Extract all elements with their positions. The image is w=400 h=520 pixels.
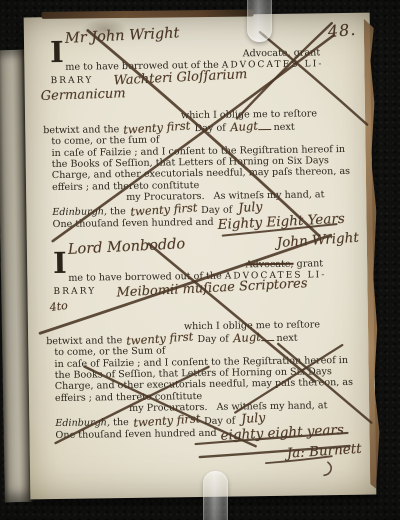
borrowing-form-1: I Mr John Wright Advocate, grant me to h… <box>50 33 323 251</box>
blank-rule <box>261 333 274 341</box>
advocate-word: Advocate, <box>243 48 291 60</box>
printed-text: betwixt and the <box>46 335 122 347</box>
signing-month-handwritten: July <box>238 200 263 213</box>
blank-rule <box>258 122 271 130</box>
due-day-handwritten: twenty first <box>123 120 191 136</box>
binding-edge <box>42 10 254 19</box>
printed-text: As witneſs my hand, at <box>216 400 327 413</box>
printed-text: next <box>273 121 294 132</box>
printed-text: Day of <box>204 415 235 426</box>
due-month-handwritten: Augt <box>232 331 260 344</box>
advocate-grant-line: Advocate, grant <box>246 258 324 270</box>
page-fore-edge <box>364 19 381 489</box>
book-title-handwritten: Wachteri Gloſſarium <box>113 69 247 87</box>
photo-background: 48. I Mr John Wright Advocate, grant me … <box>0 0 400 520</box>
printed-text: One thouſand ſeven hundred and <box>55 428 216 441</box>
year-line: One thouſand ſeven hundred andeighty eig… <box>55 425 325 441</box>
grant-word: grant <box>297 258 324 269</box>
brary-word: BRARY <box>50 76 93 87</box>
manuscript-page: 48. I Mr John Wright Advocate, grant me … <box>24 13 377 500</box>
form2-header: I Lord Monboddo Advocate, grant <box>53 244 323 272</box>
borrowing-form-2: I Lord Monboddo Advocate, grant me to ha… <box>53 244 326 462</box>
printed-text: As witneſs my hand, at <box>214 190 325 203</box>
form1-header: I Mr John Wright Advocate, grant <box>50 33 320 61</box>
title-continuation-row: 4to <box>54 298 324 317</box>
printed-text: Day of <box>197 333 228 344</box>
due-month-handwritten: Augt <box>229 120 257 133</box>
plastic-strip-top <box>247 0 272 42</box>
format-note-handwritten: 4to <box>49 300 68 313</box>
drop-cap-initial: I <box>53 250 67 276</box>
advocate-word-struck: Advocate, <box>246 259 294 271</box>
page-number: 48. <box>327 20 357 41</box>
flourish-mark <box>324 462 331 475</box>
advocate-grant-line: Advocate, grant <box>243 47 321 59</box>
signature-handwritten: Ja: Burnett <box>286 441 362 462</box>
book-title-line2-handwritten: Germanicum <box>41 89 126 103</box>
plastic-strip-bottom <box>203 471 228 520</box>
signature-row: Ja: Burnett <box>56 440 362 462</box>
brary-word: BRARY <box>53 287 96 298</box>
printed-text: the <box>113 417 129 428</box>
title-continuation-row: Germanicum <box>51 87 321 106</box>
signing-month-handwritten: July <box>241 411 266 424</box>
drop-cap-initial: I <box>50 39 64 65</box>
printed-text: next <box>276 332 297 343</box>
printed-text: One thouſand ſeven hundred and <box>52 217 213 230</box>
edinburgh-word: Edinburgh, <box>55 417 110 429</box>
printed-text: the <box>110 206 126 217</box>
printed-text: Day of <box>195 122 226 133</box>
printed-text: Day of <box>201 204 232 215</box>
year-line: One thouſand ſeven hundred andEighty Eig… <box>52 214 322 230</box>
printed-text: betwixt and the <box>43 124 119 136</box>
due-day-handwritten: twenty first <box>126 331 194 347</box>
edinburgh-word: Edinburgh, <box>52 206 107 218</box>
grant-word: grant <box>294 47 321 58</box>
